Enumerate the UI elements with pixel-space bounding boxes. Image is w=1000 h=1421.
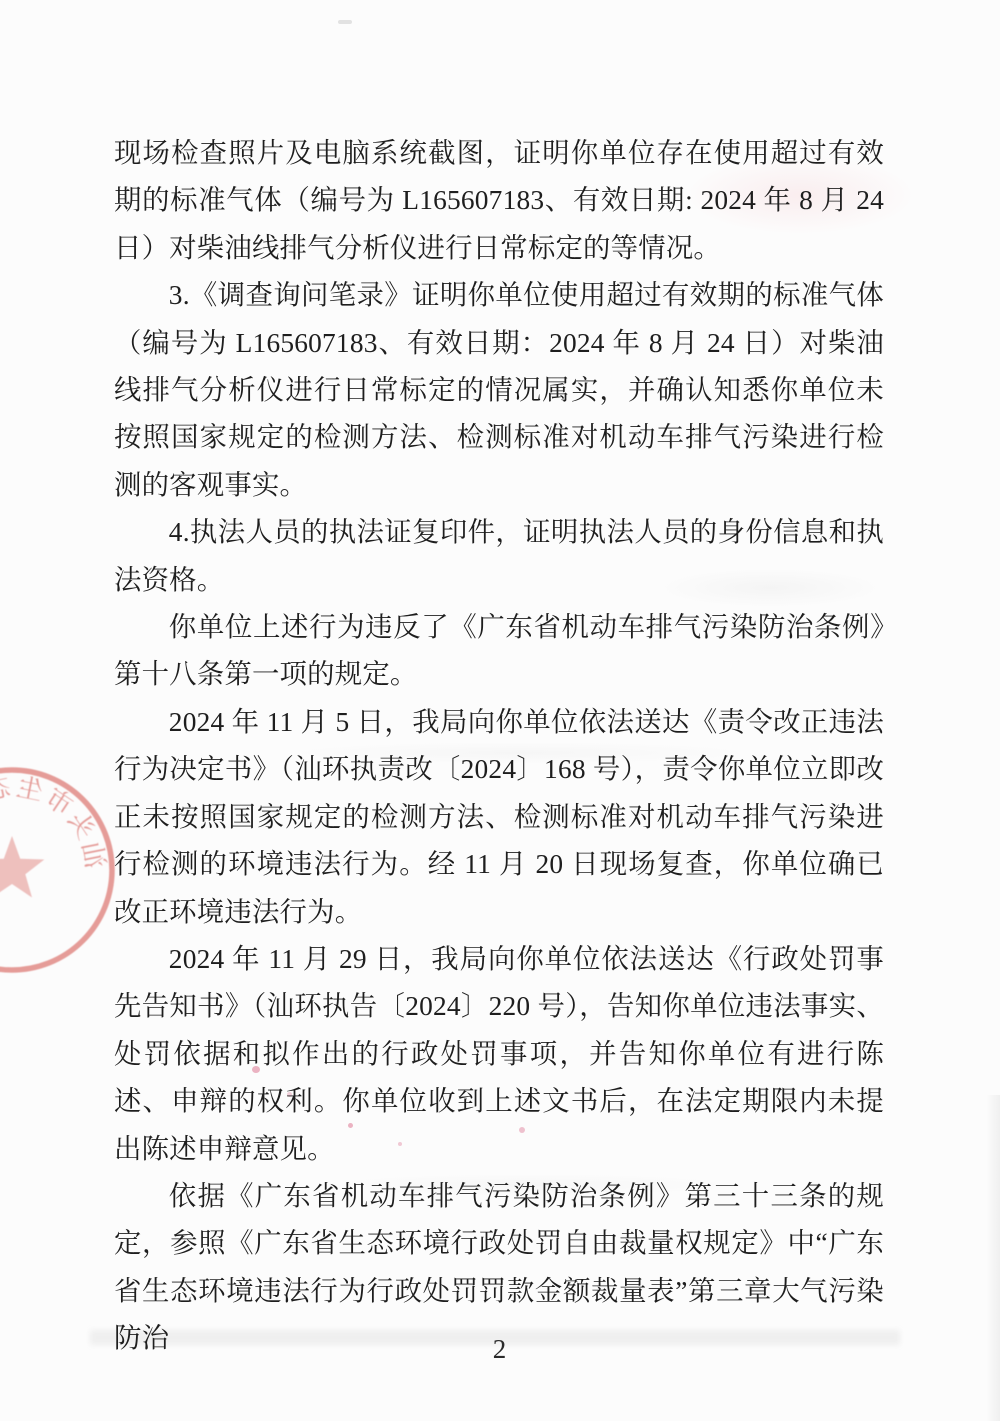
page-footer: 2 bbox=[0, 1334, 1000, 1365]
seal-mirror-group: 汕头市生态环境局 bbox=[0, 770, 112, 970]
body-paragraph-5: 2024 年 11 月 5 日，我局向你单位依法送达《责令改正违法行为决定书》（… bbox=[114, 699, 884, 936]
scan-artifact bbox=[338, 20, 352, 24]
document-page: 汕头市生态环境局 现场检查照片及电脑系统截图，证明你单位存在使用超过有效期的标准… bbox=[0, 0, 1000, 1421]
scan-artifact bbox=[986, 1095, 1000, 1421]
body-paragraph-3: 4.执法人员的执法证复印件，证明执法人员的身份信息和执法资格。 bbox=[114, 509, 884, 604]
body-paragraph-4: 你单位上述行为违反了《广东省机动车排气污染防治条例》第十八条第一项的规定。 bbox=[114, 604, 884, 699]
seal-star-icon bbox=[0, 836, 44, 898]
body-paragraph-1: 现场检查照片及电脑系统截图，证明你单位存在使用超过有效期的标准气体（编号为 L1… bbox=[114, 130, 884, 272]
body-paragraph-6: 2024 年 11 月 29 日，我局向你单位依法送达《行政处罚事先告知书》（汕… bbox=[114, 936, 884, 1173]
document-body: 现场检查照片及电脑系统截图，证明你单位存在使用超过有效期的标准气体（编号为 L1… bbox=[114, 130, 884, 1363]
body-paragraph-2: 3.《调查询问笔录》证明你单位使用超过有效期的标准气体（编号为 L1656071… bbox=[114, 272, 884, 509]
page-number: 2 bbox=[493, 1334, 508, 1364]
official-seal-bleedthrough: 汕头市生态环境局 bbox=[0, 755, 127, 985]
